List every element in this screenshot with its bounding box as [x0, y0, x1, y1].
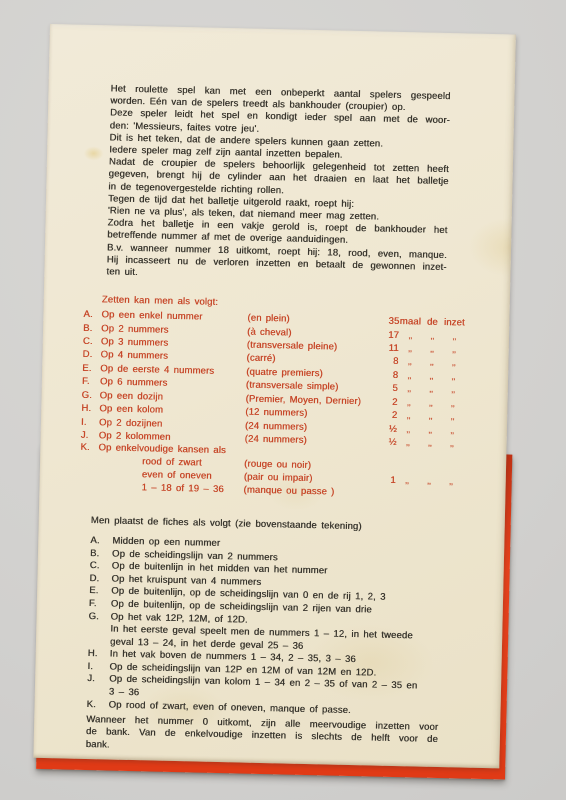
ditto-mark: ,, — [420, 383, 442, 396]
bet-french-term: (manque ou passe ) — [243, 484, 367, 499]
photo-background: Het roulette spel kan met een onbeperkt … — [0, 0, 566, 800]
bet-payout: 17 — [371, 329, 399, 342]
bet-payout: ½ — [368, 436, 396, 449]
ditto-mark: ,, — [443, 343, 465, 356]
ditto-mark: ,, — [398, 355, 420, 368]
bet-description: 1 – 18 of 19 – 36 — [97, 481, 243, 497]
bet-french-term — [244, 454, 368, 457]
bet-letter: C. — [83, 336, 101, 349]
bet-payout: 11 — [371, 342, 399, 355]
ditto-mark: ,, — [421, 329, 443, 342]
ditto-mark: ,, — [398, 369, 420, 382]
ditto-mark: ,, — [397, 422, 419, 435]
ditto-mark: ,, — [399, 329, 421, 342]
ditto-mark: ,, — [418, 475, 440, 488]
ditto-mark: ,, — [442, 356, 464, 369]
bet-payout: ½ — [369, 423, 397, 436]
placement-letter: G. — [88, 611, 110, 624]
placement-letter: F. — [89, 598, 111, 611]
placement-letter: J. — [87, 673, 109, 686]
ditto-mark: ,, — [397, 409, 419, 422]
instruction-sheet: Het roulette spel kan met een onbeperkt … — [33, 24, 516, 768]
placement-heading: Men plaatst de fiches als volgt (zie bov… — [91, 514, 505, 536]
bet-payout: 8 — [370, 356, 398, 369]
bet-letter: G. — [81, 390, 99, 403]
closing-paragraph: Wanneer het nummer 0 uitkomt, zijn alle … — [86, 714, 439, 759]
placement-letter: I. — [87, 661, 109, 674]
bet-letter: I. — [81, 416, 99, 429]
bet-payout: 5 — [370, 383, 398, 396]
ditto-mark: ,, — [420, 369, 442, 382]
bet-letter: B. — [83, 322, 101, 335]
ditto-mark: ,, — [419, 423, 441, 436]
ditto-mark: ,, — [419, 410, 441, 423]
ditto-mark: ,, — [418, 436, 440, 449]
ditto-mark: ,, — [441, 410, 463, 423]
placement-letter: E. — [89, 585, 111, 598]
bet-payout — [367, 495, 395, 496]
ditto-mark: ,, — [441, 423, 463, 436]
bet-payout — [368, 457, 396, 458]
ditto-mark: ,, — [442, 370, 464, 383]
bet-payout: 35 — [371, 316, 399, 329]
ditto-mark: ,, — [442, 383, 464, 396]
placement-letter: A. — [90, 535, 112, 548]
bet-letter: J. — [81, 430, 99, 443]
payout-unit: inzet — [443, 317, 465, 330]
ditto-mark: ,, — [421, 343, 443, 356]
ditto-mark: ,, — [440, 475, 462, 488]
payout-unit: de — [421, 317, 443, 330]
intro-paragraph: Het roulette spel kan met een onbeperkt … — [106, 83, 450, 286]
ditto-mark: ,, — [398, 382, 420, 395]
ditto-mark: ,, — [419, 396, 441, 409]
placement-letter: H. — [88, 648, 110, 661]
ditto-mark: ,, — [396, 436, 418, 449]
placement-letter: B. — [90, 548, 112, 561]
bet-payout — [368, 469, 396, 470]
tilted-sheet-group: Het roulette spel kan met een onbeperkt … — [33, 24, 516, 768]
bet-letter: H. — [81, 403, 99, 416]
ditto-mark: ,, — [441, 397, 463, 410]
payout-unit: maal — [399, 316, 421, 329]
ditto-mark: ,, — [396, 474, 418, 487]
bet-payout: 1 — [368, 474, 396, 487]
bet-payout: 2 — [369, 396, 397, 409]
bet-letter: A. — [83, 309, 101, 322]
placement-list: Men plaatst de fiches als volgt (zie bov… — [86, 514, 504, 721]
bet-letter: D. — [82, 349, 100, 362]
ditto-mark: ,, — [440, 437, 462, 450]
placement-letter: K. — [86, 699, 108, 712]
bet-letter: F. — [82, 376, 100, 389]
ditto-mark: ,, — [397, 396, 419, 409]
bet-letter: K. — [80, 442, 98, 455]
bets-table: Zetten kan men als volgt: A. Op een enke… — [79, 294, 509, 502]
ditto-mark: ,, — [399, 342, 421, 355]
placement-letter: C. — [90, 560, 112, 573]
bet-payout: 8 — [370, 369, 398, 382]
placement-letter: D. — [89, 573, 111, 586]
ditto-mark: ,, — [443, 330, 465, 343]
bet-letter: E. — [82, 363, 100, 376]
bet-payout: 2 — [369, 409, 397, 422]
ditto-mark: ,, — [420, 356, 442, 369]
